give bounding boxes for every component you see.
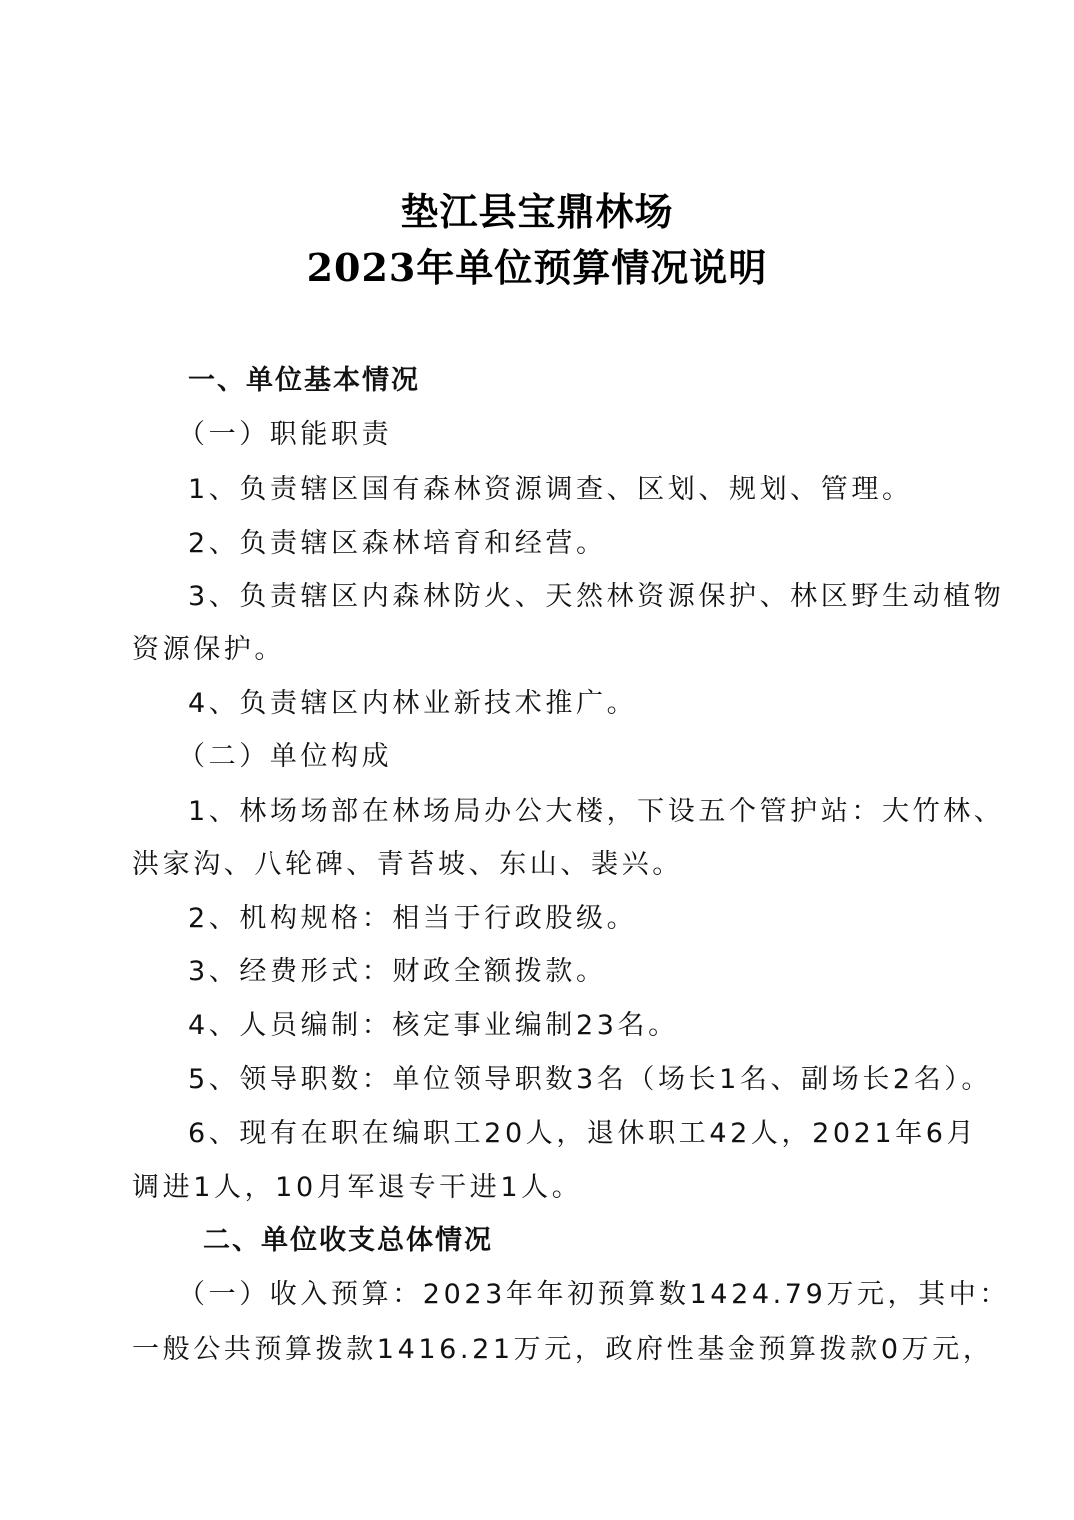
- composition-item-2: 2、机构规格：相当于行政股级。: [188, 902, 637, 936]
- section-heading-basic-info: 一、单位基本情况: [188, 364, 420, 398]
- composition-item-6: 6、现有在职在编职工20人，退休职工42人，2021年6月: [188, 1117, 977, 1151]
- composition-item-4: 4、人员编制：核定事业编制23名。: [188, 1009, 679, 1043]
- document-title-line1: 垫江县宝鼎林场: [0, 190, 1074, 234]
- section-heading-revenue-expenditure: 二、单位收支总体情况: [203, 1224, 493, 1258]
- duty-item-4: 4、负责辖区内林业新技术推广。: [188, 687, 637, 721]
- composition-item-5: 5、领导职数：单位领导职数3名（场长1名、副场长2名）。: [188, 1063, 992, 1097]
- document-title-line2: 2023年单位预算情况说明: [0, 246, 1074, 290]
- duty-item-2: 2、负责辖区森林培育和经营。: [188, 527, 607, 561]
- subsection-heading-composition: （二）单位构成: [178, 740, 392, 774]
- composition-item-3: 3、经费形式：财政全额拨款。: [188, 955, 607, 989]
- revenue-budget-para-line2: 一般公共预算拨款1416.21万元，政府性基金预算拨款0万元，: [132, 1333, 993, 1367]
- revenue-budget-para-line1: （一）收入预算：2023年年初预算数1424.79万元，其中：: [178, 1278, 1010, 1312]
- composition-item-1: 1、林场场部在林场局办公大楼，下设五个管护站：大竹林、: [188, 795, 1004, 829]
- duty-item-1: 1、负责辖区国有森林资源调查、区划、规划、管理。: [188, 473, 913, 507]
- subsection-heading-duties: （一）职能职责: [178, 418, 392, 452]
- composition-item-6-cont: 调进1人，10月军退专干进1人。: [132, 1171, 582, 1205]
- composition-item-1-cont: 洪家沟、八轮碑、青苔坡、东山、裴兴。: [132, 848, 683, 882]
- duty-item-3: 3、负责辖区内森林防火、天然林资源保护、林区野生动植物: [188, 580, 1004, 614]
- duty-item-3-cont: 资源保护。: [132, 633, 285, 667]
